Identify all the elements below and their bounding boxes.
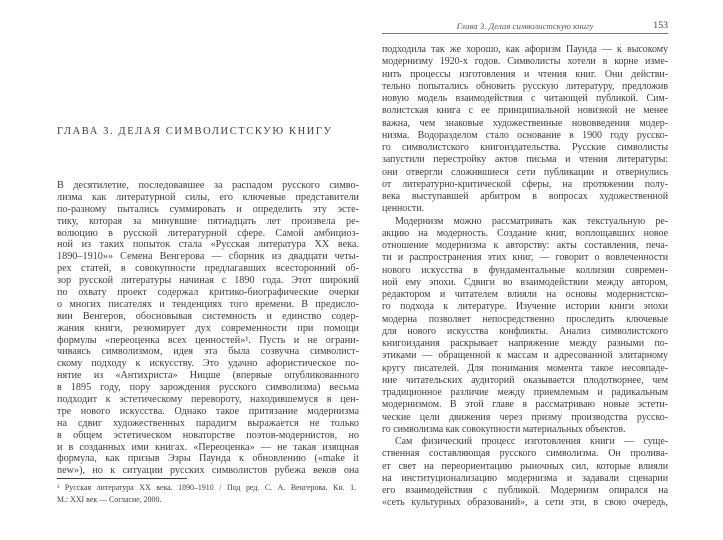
paragraph: В десятилетие, последовавшее за распадом…: [57, 180, 359, 477]
paragraph: Модернизм можно рассматривать как тексту…: [382, 216, 668, 437]
text-line: ственная составляющая русского символизм…: [382, 448, 668, 460]
page-number: 153: [653, 20, 668, 31]
running-header: Глава 3. Делая символистскую книгу 153: [382, 0, 668, 34]
text-line: по-разному пытались суммировать и опреде…: [57, 204, 359, 216]
text-line: ценности.: [382, 203, 668, 215]
text-line: подходит к эстетическому перевороту, нах…: [57, 394, 359, 406]
text-line: го символистского книгоиздательства. Рус…: [382, 142, 668, 154]
text-line: нить процессы изготовления и чтения книг…: [382, 69, 668, 81]
text-line: акцию на модерность. Создание книг, вопл…: [382, 228, 668, 240]
text-line: подходила так же хорошо, как афоризм Пау…: [382, 44, 668, 56]
text-line: ной из таких попыток стала «Русская лите…: [57, 239, 359, 251]
text-line: его взаимодействия с публикой. Модернизм…: [382, 485, 668, 497]
text-line: века выступавшей арбитром в вопросах худ…: [382, 191, 668, 203]
text-line: важна, чем знаковые художественные новов…: [382, 118, 668, 130]
text-line: Модернизм можно рассматривать как тексту…: [382, 216, 668, 228]
text-line: ческие цели движения через призму произв…: [382, 412, 668, 424]
text-line: низма. Водоразделом стало основание в 19…: [382, 130, 668, 142]
text-line: волистская книга с ее принципиальной нов…: [382, 105, 668, 117]
text-line: «сеть культурных образований», а сети эт…: [382, 497, 668, 509]
text-line: модернизму 1920-х годов. Символисты хоте…: [382, 56, 668, 68]
text-line: традиционное различие между приемлемым и…: [382, 387, 668, 399]
text-line: вии Венгеров, обосновывая системность и …: [57, 311, 359, 323]
left-page-body: В десятилетие, последовавшее за распадом…: [57, 180, 359, 477]
text-line: нятие из «Антихриста» Ницше (впервые опу…: [57, 370, 359, 382]
text-line: ной ему эпохи. Сдвиги во взаимодействии …: [382, 277, 668, 289]
text-line: зор русской литературы начиная с 1890 го…: [57, 275, 359, 287]
text-line: тику, которая за минувшие пятнадцать лет…: [57, 216, 359, 228]
text-line: рех статей, в совокупности предлагавших …: [57, 263, 359, 275]
text-line: модернизмом. В этой главе я рассматриваю…: [382, 399, 668, 411]
right-page-body: подходила так же хорошо, как афоризм Пау…: [382, 44, 668, 510]
text-line: и в созданных ими книгах. «Переоценка» —…: [57, 442, 359, 454]
paragraph: ¹ Русская литература XX века. 1890–1910 …: [57, 482, 356, 505]
chapter-heading: ГЛАВА 3. ДЕЛАЯ СИМВОЛИСТСКУЮ КНИГУ: [57, 126, 333, 137]
paragraph: Сам физический процесс изготовления книг…: [382, 436, 668, 510]
text-line: в общем эстетическом новаторстве поэтов-…: [57, 430, 359, 442]
text-line: ти и распространения этих книг, — говори…: [382, 252, 668, 264]
text-line: по охвату проект содержал критико-биогра…: [57, 287, 359, 299]
left-page: ГЛАВА 3. ДЕЛАЯ СИМВОЛИСТСКУЮ КНИГУ В дес…: [57, 0, 359, 540]
text-line: М.: XXI век — Согласие, 2000.: [57, 494, 356, 506]
text-line: Сам физический процесс изготовления книг…: [382, 436, 668, 448]
text-line: в 1895 году, пору зарождения русского си…: [57, 382, 359, 394]
right-page: Глава 3. Делая символистскую книгу 153 п…: [382, 0, 668, 540]
text-line: го символизма как совокупности материаль…: [382, 424, 668, 436]
text-line: 1890–1910»» Семена Венгерова — сборник и…: [57, 251, 359, 263]
text-line: new»), но к ситуации русских символистов…: [57, 465, 359, 477]
text-line: жания книги, резюмирует дух современност…: [57, 323, 359, 335]
text-line: волюцию в русской литературной сфере. Са…: [57, 228, 359, 240]
text-line: для нового искусства конфликты. Анализ с…: [382, 326, 668, 338]
text-line: чиваясь символизмом, идея эта была созву…: [57, 346, 359, 358]
text-line: отношение модернизма к авторству: акты с…: [382, 240, 668, 252]
text-line: они отвергли сложившиеся сети публикации…: [382, 167, 668, 179]
text-line: В десятилетие, последовавшее за распадом…: [57, 180, 359, 192]
text-line: редактором и читателем влияли на основы …: [382, 289, 668, 301]
text-line: новую модель взаимодействия с читающей п…: [382, 93, 668, 105]
footnote-separator: [57, 478, 187, 479]
paragraph: подходила так же хорошо, как афоризм Пау…: [382, 44, 668, 216]
text-line: тельно попытались обновить русскую литер…: [382, 81, 668, 93]
text-line: этиками — обращенной к массам и адресова…: [382, 350, 668, 362]
text-line: книгоиздания раскрывает напряжение между…: [382, 338, 668, 350]
text-line: на сдвиг художественных парадигм выражае…: [57, 418, 359, 430]
text-line: го подхода к литературе. Изучение истори…: [382, 301, 668, 313]
header-rule: [382, 33, 668, 34]
text-line: на институционализацию модернизма и зада…: [382, 473, 668, 485]
text-line: ние читательских аудиторий оказывается п…: [382, 375, 668, 387]
text-line: о многих писателях и тенденциях того вре…: [57, 299, 359, 311]
text-line: ¹ Русская литература XX века. 1890–1910 …: [57, 482, 356, 494]
text-line: формула, как призыв Эзры Паунда к обновл…: [57, 453, 359, 465]
running-header-title: Глава 3. Делая символистскую книгу: [382, 21, 668, 31]
book-spread: ГЛАВА 3. ДЕЛАЯ СИМВОЛИСТСКУЮ КНИГУ В дес…: [0, 0, 723, 540]
text-line: формулы «переоценка всех ценностей»¹. Пу…: [57, 335, 359, 347]
text-line: лизма как литературной силы, его ключевы…: [57, 192, 359, 204]
footnote: ¹ Русская литература XX века. 1890–1910 …: [57, 482, 356, 505]
text-line: от литературно-критической сферы, на про…: [382, 179, 668, 191]
text-line: ет свет на переориентацию рыночных сил, …: [382, 461, 668, 473]
text-line: скому подходу к искусству. Это удачно аф…: [57, 358, 359, 370]
text-line: нового искусства в фундаментальные колли…: [382, 265, 668, 277]
text-line: запустили перестройку актов письма и чте…: [382, 154, 668, 166]
text-line: тре нового искусства. Однако такое притя…: [57, 406, 359, 418]
text-line: модерна позволяет непосредственно просле…: [382, 314, 668, 326]
text-line: кругу писателей. Для понимания момента т…: [382, 363, 668, 375]
